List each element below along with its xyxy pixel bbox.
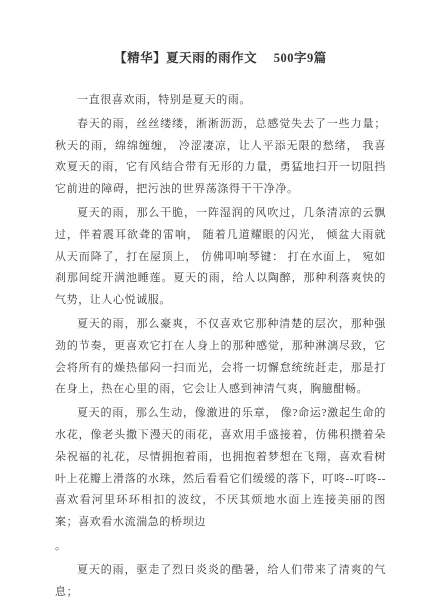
paragraph-orphan-period: 。 — [55, 536, 386, 558]
paragraph: 春天的雨，丝丝缕缕，淅淅沥沥，总感觉失去了一些力量；秋天的雨，绵绵缠缠， 冷涩凄… — [55, 114, 386, 201]
document-body: 一直很喜欢雨，特别是夏天的雨。 春天的雨，丝丝缕缕，淅淅沥沥，总感觉失去了一些力… — [55, 90, 386, 600]
paragraph: 夏天的雨，驱走了烈日炎炎的酷暑，给人们带来了清爽的气息； — [55, 560, 386, 600]
document-title: 【精华】夏天雨的雨作文 500字9篇 — [55, 48, 386, 66]
document-page: 【精华】夏天雨的雨作文 500字9篇 一直很喜欢雨，特别是夏天的雨。 春天的雨，… — [0, 0, 423, 600]
paragraph: 夏天的雨，那么干脆，一阵湿润的风吹过，几条清凉的云飘过，伴着震耳欲聋的雷响， 随… — [55, 203, 386, 312]
paragraph: 夏天的雨，那么豪爽，不仅喜欢它那种清楚的层次，那种强劲的节奏，更喜欢它打在人身上… — [55, 314, 386, 401]
paragraph: 一直很喜欢雨，特别是夏天的雨。 — [55, 90, 386, 112]
paragraph: 夏天的雨，那么生动，像激进的乐章， 像?命运?激起生命的水花，像老头撒下漫天的雨… — [55, 403, 386, 534]
